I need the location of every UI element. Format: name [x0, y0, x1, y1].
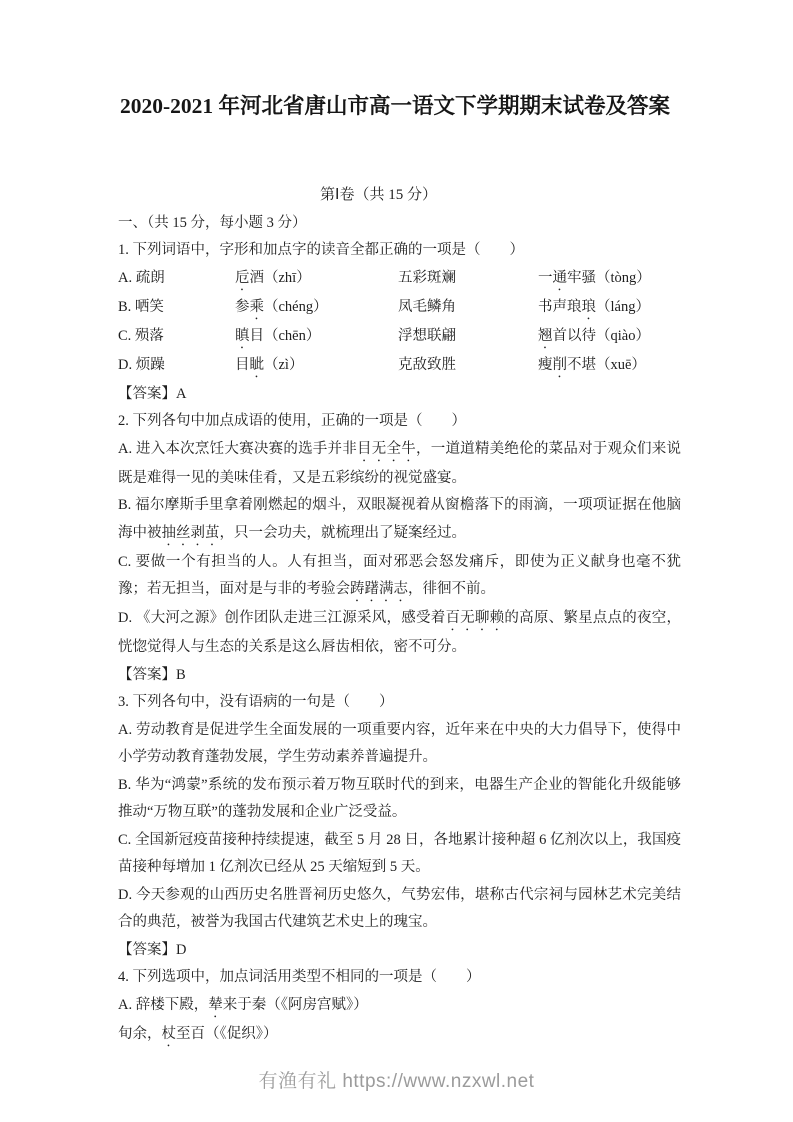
q1-cell: 一通牢骚（tòng）: [538, 265, 681, 294]
q1-cell: 瘦削不堪（xuē）: [538, 352, 681, 381]
q3-option-d: D. 今天参观的山西历史名胜晋祠历史悠久，气势宏伟，堪称古代宗祠与园林艺术完美结…: [118, 882, 681, 937]
text-segment: 浮想联翩: [398, 328, 456, 344]
emphasized-text: 卮: [235, 270, 250, 286]
emphasized-text: 琅: [582, 299, 597, 315]
q3-answer: 【答案】D: [118, 937, 681, 965]
emphasized-text: 乘: [250, 299, 265, 315]
q2-option-b: B. 福尔摩斯手里拿着刚燃起的烟斗，双眼凝视着从窗檐落下的雨滴，一项项证据在他脑…: [118, 492, 681, 549]
text-segment: 瘦: [538, 357, 553, 373]
text-segment: 书声琅: [538, 299, 582, 315]
text-segment: ，只一会功夫，就梳理出了疑案经过。: [220, 525, 467, 541]
q1-cell: 翘首以待（qiào）: [538, 323, 681, 352]
text-segment: 参: [235, 299, 250, 315]
q3-option-b: B. 华为“鸿蒙”系统的发布预示着万物互联时代的到来，电器生产企业的智能化升级能…: [118, 772, 681, 827]
section-header: 第Ⅰ卷（共 15 分）: [76, 182, 681, 210]
emphasized-text: 削: [553, 357, 568, 373]
emphasized-text: 抽丝剥茧: [162, 525, 220, 541]
q1-cell: 书声琅琅（láng）: [538, 294, 681, 323]
text-segment: 来于秦（《阿房宫赋》）: [223, 997, 368, 1013]
text-segment: 五彩斑斓: [398, 270, 456, 286]
text-segment: 至百（《促织》）: [176, 1026, 278, 1042]
q2-answer: 【答案】B: [118, 662, 681, 690]
q1-cell: 凤毛鳞角: [398, 294, 538, 323]
emphasized-text: 瞋: [235, 328, 250, 344]
page-title: 2020-2021 年河北省唐山市高一语文下学期期末试卷及答案: [120, 92, 681, 120]
q1-cell: B. 哂笑: [118, 294, 235, 323]
q1-stem: 1. 下列词语中，字形和加点字的读音全都正确的一项是（ ）: [118, 237, 681, 265]
q1-cell: 目眦（zì）: [235, 352, 398, 381]
q2-option-d: D. 《大河之源》创作团队走进三江源采风，感受着百无聊赖的高原、繁星点点的夜空，…: [118, 605, 681, 662]
text-segment: 克敌致胜: [398, 357, 456, 373]
text-segment: C. 殒落: [118, 328, 164, 344]
q1-option-row-b: B. 哂笑 参乘（chéng） 凤毛鳞角 书声琅琅（láng）: [118, 294, 681, 323]
text-segment: A. 辞楼下殿，: [118, 997, 208, 1013]
text-segment: 目: [235, 357, 250, 373]
q1-cell: A. 疏朗: [118, 265, 235, 294]
q1-cell: 卮酒（zhī）: [235, 265, 398, 294]
q1-option-row-c: C. 殒落 瞋目（chēn） 浮想联翩 翘首以待（qiào）: [118, 323, 681, 352]
emphasized-text: 目无全牛: [357, 441, 416, 457]
text-segment: 酒（zhī）: [250, 270, 311, 286]
text-segment: （láng）: [596, 299, 650, 315]
q1-option-row-a: A. 疏朗 卮酒（zhī） 五彩斑斓 一通牢骚（tòng）: [118, 265, 681, 294]
text-segment: 凤毛鳞角: [398, 299, 456, 315]
text-segment: 一: [538, 270, 553, 286]
text-segment: D. 《大河之源》创作团队走进三江源采风，感受着: [118, 610, 445, 626]
q1-cell: 浮想联翩: [398, 323, 538, 352]
emphasized-text: 翘: [538, 328, 553, 344]
q1-option-row-d: D. 烦躁 目眦（zì） 克敌致胜 瘦削不堪（xuē）: [118, 352, 681, 381]
q1-cell: C. 殒落: [118, 323, 235, 352]
exam-content: 2020-2021 年河北省唐山市高一语文下学期期末试卷及答案 第Ⅰ卷（共 15…: [118, 0, 681, 1050]
q1-answer: 【答案】A: [118, 381, 681, 409]
part-header: 一、（共 15 分，每小题 3 分）: [118, 210, 681, 238]
q2-option-c: C. 要做一个有担当的人。人有担当，面对邪恶会怒发痛斥，即使为正义献身也毫不犹豫…: [118, 549, 681, 606]
q2-option-a: A. 进入本次烹饪大赛决赛的选手并非目无全牛，一道道精美绝伦的菜品对于观众们来说…: [118, 436, 681, 493]
q4-option-a-line-2: 旬余，杖至百（《促织》）: [118, 1021, 681, 1050]
emphasized-text: 百无聊赖: [445, 610, 504, 626]
q4-stem: 4. 下列选项中，加点词活用类型不相同的一项是（ ）: [118, 964, 681, 992]
text-segment: D. 烦躁: [118, 357, 165, 373]
q1-cell: D. 烦躁: [118, 352, 235, 381]
text-segment: 不堪（xuē）: [567, 357, 646, 373]
emphasized-text: 踌躇满志: [350, 581, 408, 597]
q1-cell: 五彩斑斓: [398, 265, 538, 294]
emphasized-text: 通: [553, 270, 568, 286]
exam-page: 2020-2021 年河北省唐山市高一语文下学期期末试卷及答案 第Ⅰ卷（共 15…: [0, 0, 793, 1122]
text-segment: A. 疏朗: [118, 270, 165, 286]
q2-stem: 2. 下列各句中加点成语的使用，正确的一项是（ ）: [118, 408, 681, 436]
emphasized-text: 辇: [208, 997, 223, 1013]
emphasized-text: 眦: [250, 357, 265, 373]
text-segment: （zì）: [264, 357, 303, 373]
footer-watermark: 有渔有礼 https://www.nzxwl.net: [0, 1066, 793, 1093]
text-segment: 首以待（qiào）: [553, 328, 650, 344]
emphasized-text: 杖: [162, 1026, 177, 1042]
text-segment: （chéng）: [264, 299, 328, 315]
q1-cell: 参乘（chéng）: [235, 294, 398, 323]
text-segment: B. 哂笑: [118, 299, 164, 315]
q3-stem: 3. 下列各句中，没有语病的一句是（ ）: [118, 689, 681, 717]
q3-option-c: C. 全国新冠疫苗接种持续提速，截至 5 月 28 日，各地累计接种超 6 亿剂…: [118, 827, 681, 882]
text-segment: 牢骚（tòng）: [567, 270, 651, 286]
text-segment: ，徘徊不前。: [408, 581, 495, 597]
q1-cell: 克敌致胜: [398, 352, 538, 381]
text-segment: 旬余，: [118, 1026, 162, 1042]
text-segment: 目（chēn）: [250, 328, 321, 344]
q4-option-a-line-1: A. 辞楼下殿，辇来于秦（《阿房宫赋》）: [118, 992, 681, 1021]
text-segment: A. 进入本次烹饪大赛决赛的选手并非: [118, 441, 357, 457]
q1-cell: 瞋目（chēn）: [235, 323, 398, 352]
q3-option-a: A. 劳动教育是促进学生全面发展的一项重要内容，近年来在中央的大力倡导下，使得中…: [118, 717, 681, 772]
